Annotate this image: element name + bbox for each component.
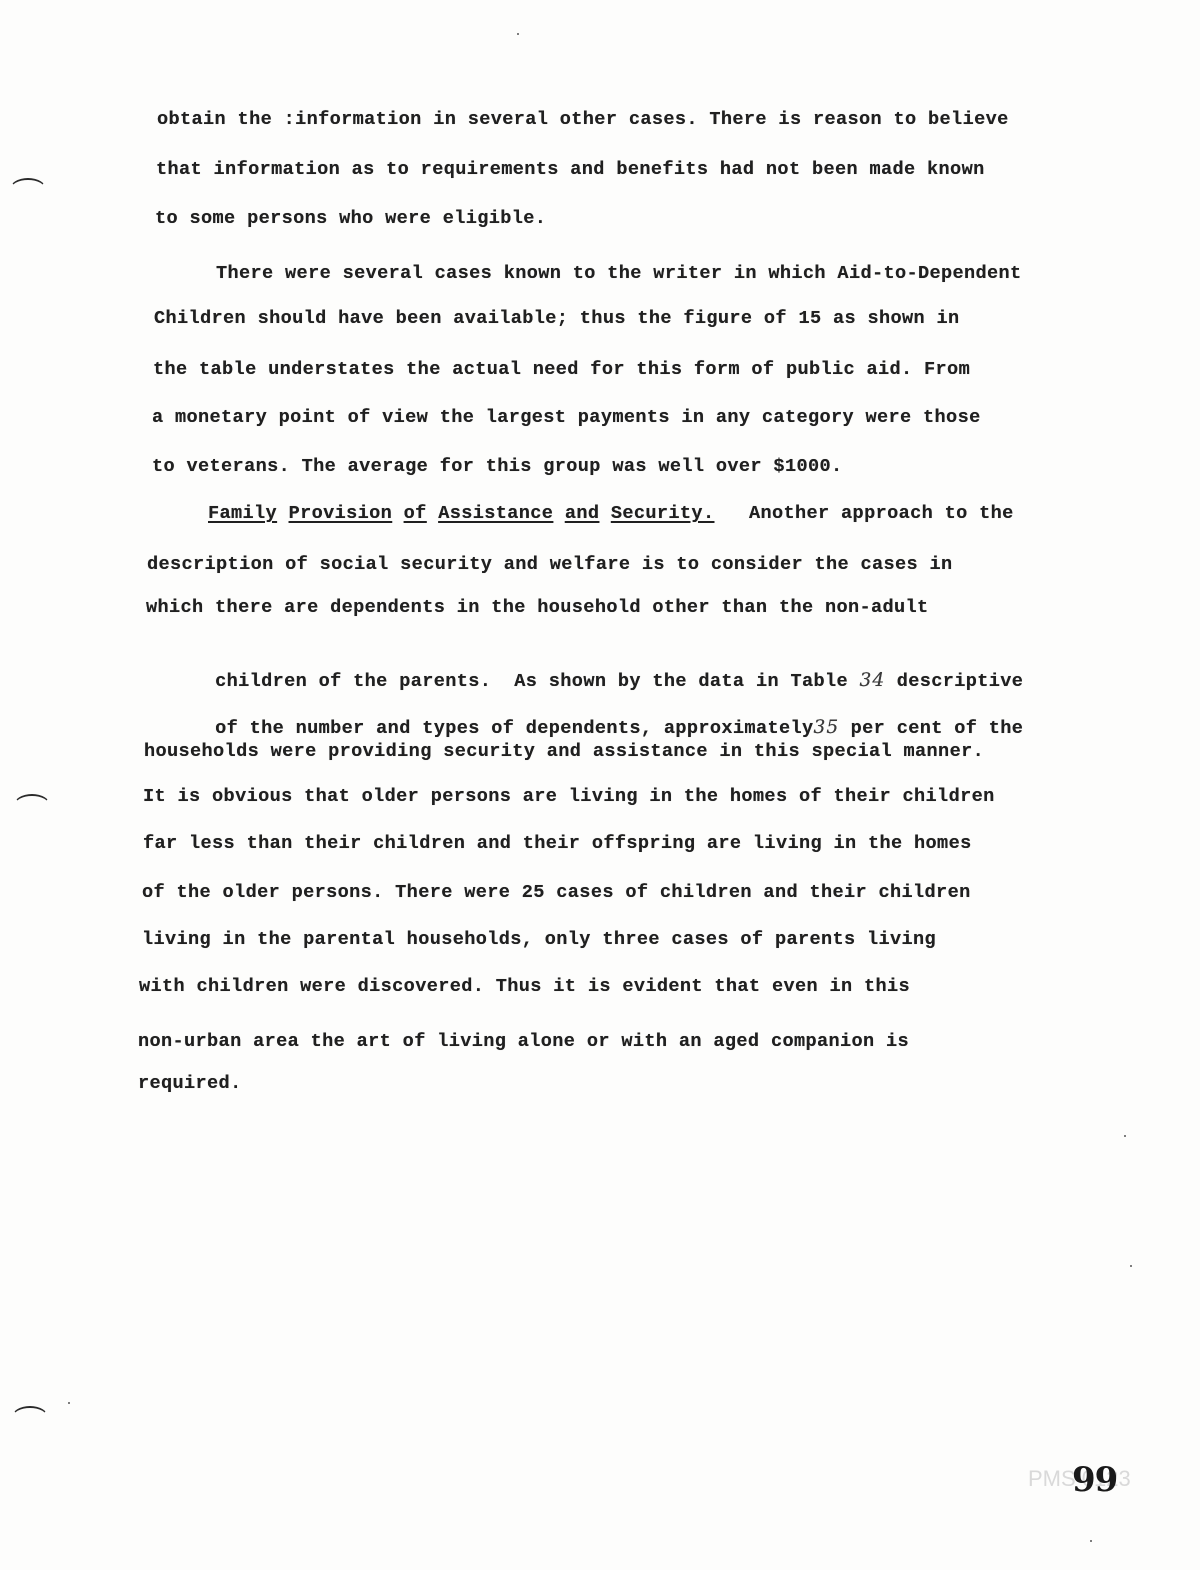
text-line: far less than their children and their o… xyxy=(143,832,972,856)
scan-speck xyxy=(1124,1135,1126,1137)
text-line: living in the parental households, only … xyxy=(142,928,936,952)
text-line: of the older persons. There were 25 case… xyxy=(142,881,971,905)
punch-hole-mark-bottom xyxy=(12,1406,48,1428)
heading-word: of xyxy=(404,503,427,524)
text-line: with children were discovered. Thus it i… xyxy=(139,975,910,999)
text-line: It is obvious that older persons are liv… xyxy=(143,785,995,809)
text-line-with-heading: Family Provision of Assistance and Secur… xyxy=(208,502,1014,526)
section-heading: Family Provision of Assistance and Secur… xyxy=(208,503,726,524)
text-line: which there are dependents in the househ… xyxy=(146,596,929,620)
text-line: There were several cases known to the wr… xyxy=(216,262,1022,286)
text-run: of the number and types of dependents, a… xyxy=(215,718,813,739)
handwritten-percent: 35 xyxy=(813,717,839,738)
text-line: obtain the :information in several other… xyxy=(157,108,1009,132)
handwritten-table-number: 34 xyxy=(860,670,886,691)
punch-hole-mark-middle xyxy=(14,794,50,816)
scan-speck xyxy=(1130,1265,1132,1267)
scan-speck xyxy=(68,1402,70,1404)
heading-word: and xyxy=(565,503,600,524)
text-line: that information as to requirements and … xyxy=(156,158,985,182)
text-line: description of social security and welfa… xyxy=(147,553,953,577)
document-page: obtain the :information in several other… xyxy=(0,0,1200,1570)
text-line: Children should have been available; thu… xyxy=(154,307,960,331)
text-line: required. xyxy=(138,1072,242,1096)
heading-word: Provision xyxy=(289,503,393,524)
scan-speck xyxy=(1090,1540,1092,1542)
heading-word: Assistance xyxy=(438,503,553,524)
text-line: to veterans. The average for this group … xyxy=(152,455,842,479)
text-line: to some persons who were eligible. xyxy=(155,207,546,231)
text-run: children of the parents. As shown by the… xyxy=(215,671,859,692)
text-line: households were providing security and a… xyxy=(144,740,984,764)
text-line: the table understates the actual need fo… xyxy=(153,358,970,382)
page-number: 99 xyxy=(1072,1460,1117,1500)
text-line: a monetary point of view the largest pay… xyxy=(152,406,981,430)
text-line: non-urban area the art of living alone o… xyxy=(138,1030,909,1054)
heading-word: Security. xyxy=(611,503,715,524)
scan-speck xyxy=(517,33,519,35)
text-run: Another approach to the xyxy=(726,503,1014,524)
heading-word: Family xyxy=(208,503,277,524)
text-run: per cent of the xyxy=(839,718,1023,739)
punch-hole-mark-top xyxy=(10,178,46,200)
text-run: descriptive xyxy=(885,671,1023,692)
